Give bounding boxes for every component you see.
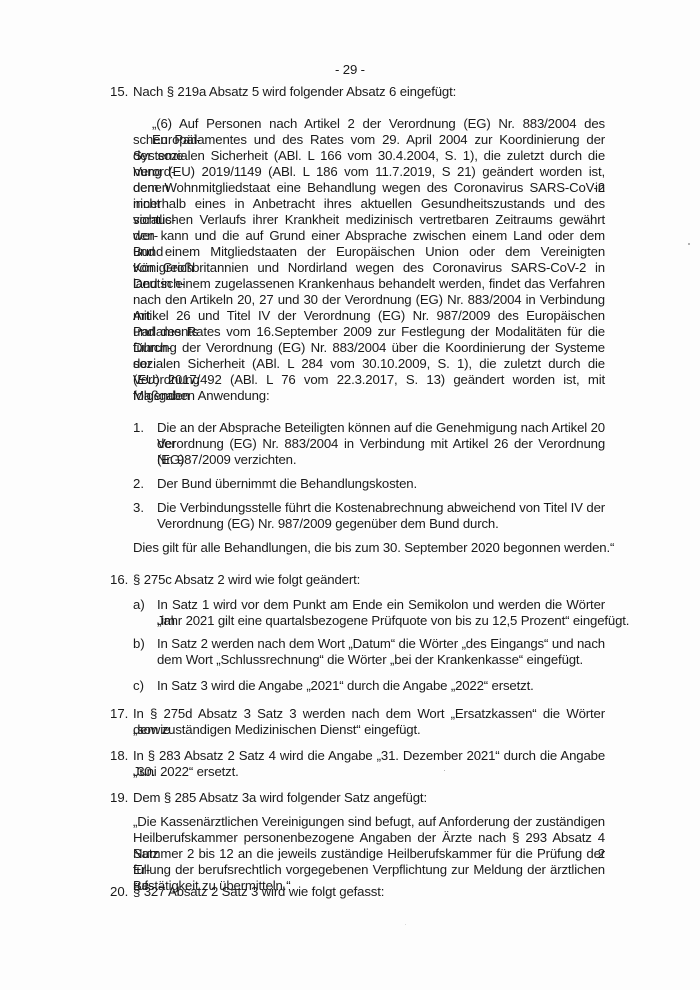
item-19-text: Dem § 285 Absatz 3a wird folgender Satz … [133,790,427,806]
item-16-number: 16. [110,572,128,588]
document-page: - 29 - 15. Nach § 219a Absatz 5 wird fol… [0,0,700,990]
subitem-1-number: 1. [133,420,144,436]
quote-line: Maßgaben Anwendung: [133,388,269,404]
item-20-text: § 327 Absatz 2 Satz 3 wird wie folgt gef… [133,884,384,900]
item-17-line: dem zuständigen Medizinischen Dienst“ ei… [133,722,421,738]
item-18-number: 18. [110,748,128,764]
item-18-line: Juni 2022“ ersetzt. [133,764,239,780]
subitem-b-line: In Satz 2 werden nach dem Wort „Datum“ d… [157,636,605,652]
scan-speck [444,770,445,771]
item-15-closing: Dies gilt für alle Behandlungen, die bis… [133,540,614,556]
page-number: - 29 - [0,62,700,78]
item-15-text: Nach § 219a Absatz 5 wird folgender Absa… [133,84,456,100]
item-16-text: § 275c Absatz 2 wird wie folgt geändert: [133,572,360,588]
item-19-number: 19. [110,790,128,806]
subitem-c-label: c) [133,678,144,694]
item-17-number: 17. [110,706,128,722]
subitem-3-line: Die Verbindungsstelle führt die Kostenab… [157,500,605,516]
scan-speck [688,243,690,245]
subitem-2-line: Der Bund übernimmt die Behandlungskosten… [157,476,417,492]
quote-line: „Die Kassenärztlichen Vereinigungen sind… [133,814,605,830]
subitem-b-line: dem Wort „Schlussrechnung“ die Wörter „b… [157,652,583,668]
quote-line: land in einem zugelassenen Krankenhaus b… [133,276,605,292]
subitem-c-line: In Satz 3 wird die Angabe „2021“ durch d… [157,678,534,694]
subitem-2-number: 2. [133,476,144,492]
scan-speck [405,924,406,925]
subitem-3-number: 3. [133,500,144,516]
item-20-number: 20. [110,884,128,900]
subitem-a-line: Jahr 2021 gilt eine quartalsbezogene Prü… [157,613,629,629]
subitem-b-label: b) [133,636,145,652]
subitem-a-label: a) [133,597,145,613]
item-15-number: 15. [110,84,128,100]
subitem-1-line: Nr. 987/2009 verzichten. [157,452,296,468]
subitem-3-line: Verordnung (EG) Nr. 987/2009 gegenüber d… [157,516,499,532]
